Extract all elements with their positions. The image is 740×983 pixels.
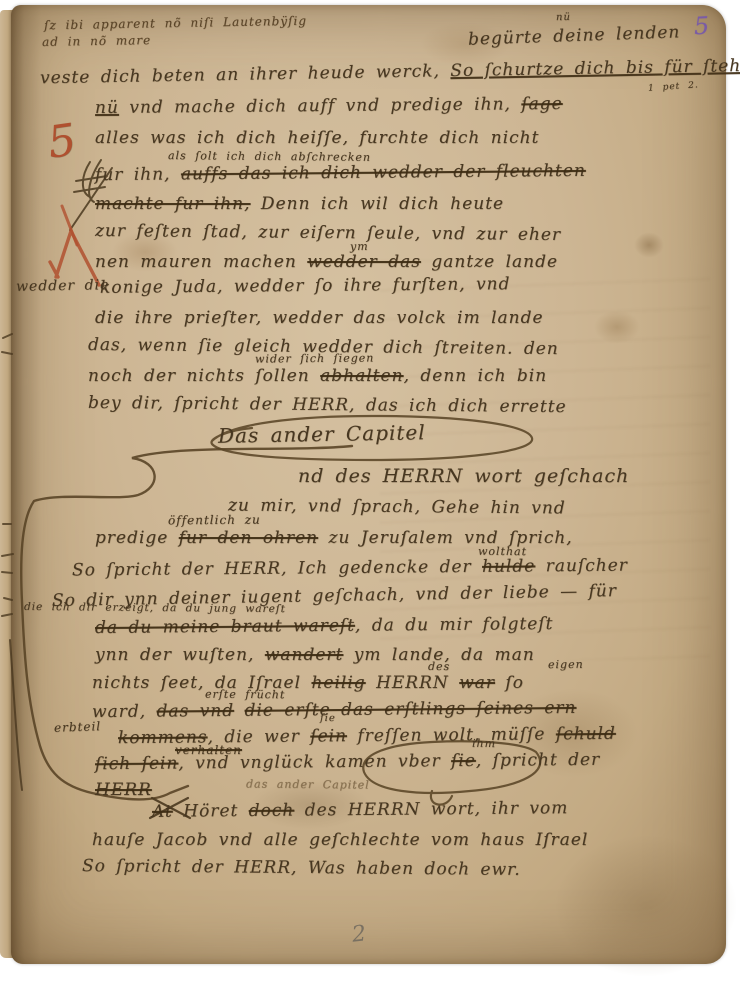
- manuscript-photo: ſz ibi apparent nõ niſi Lautenbÿſigad in…: [0, 0, 740, 983]
- binding-gutter-shadow: [11, 5, 41, 964]
- folio-number: 5: [693, 12, 710, 41]
- pencil-page-number: 2: [351, 921, 368, 947]
- manuscript-page: [11, 5, 726, 964]
